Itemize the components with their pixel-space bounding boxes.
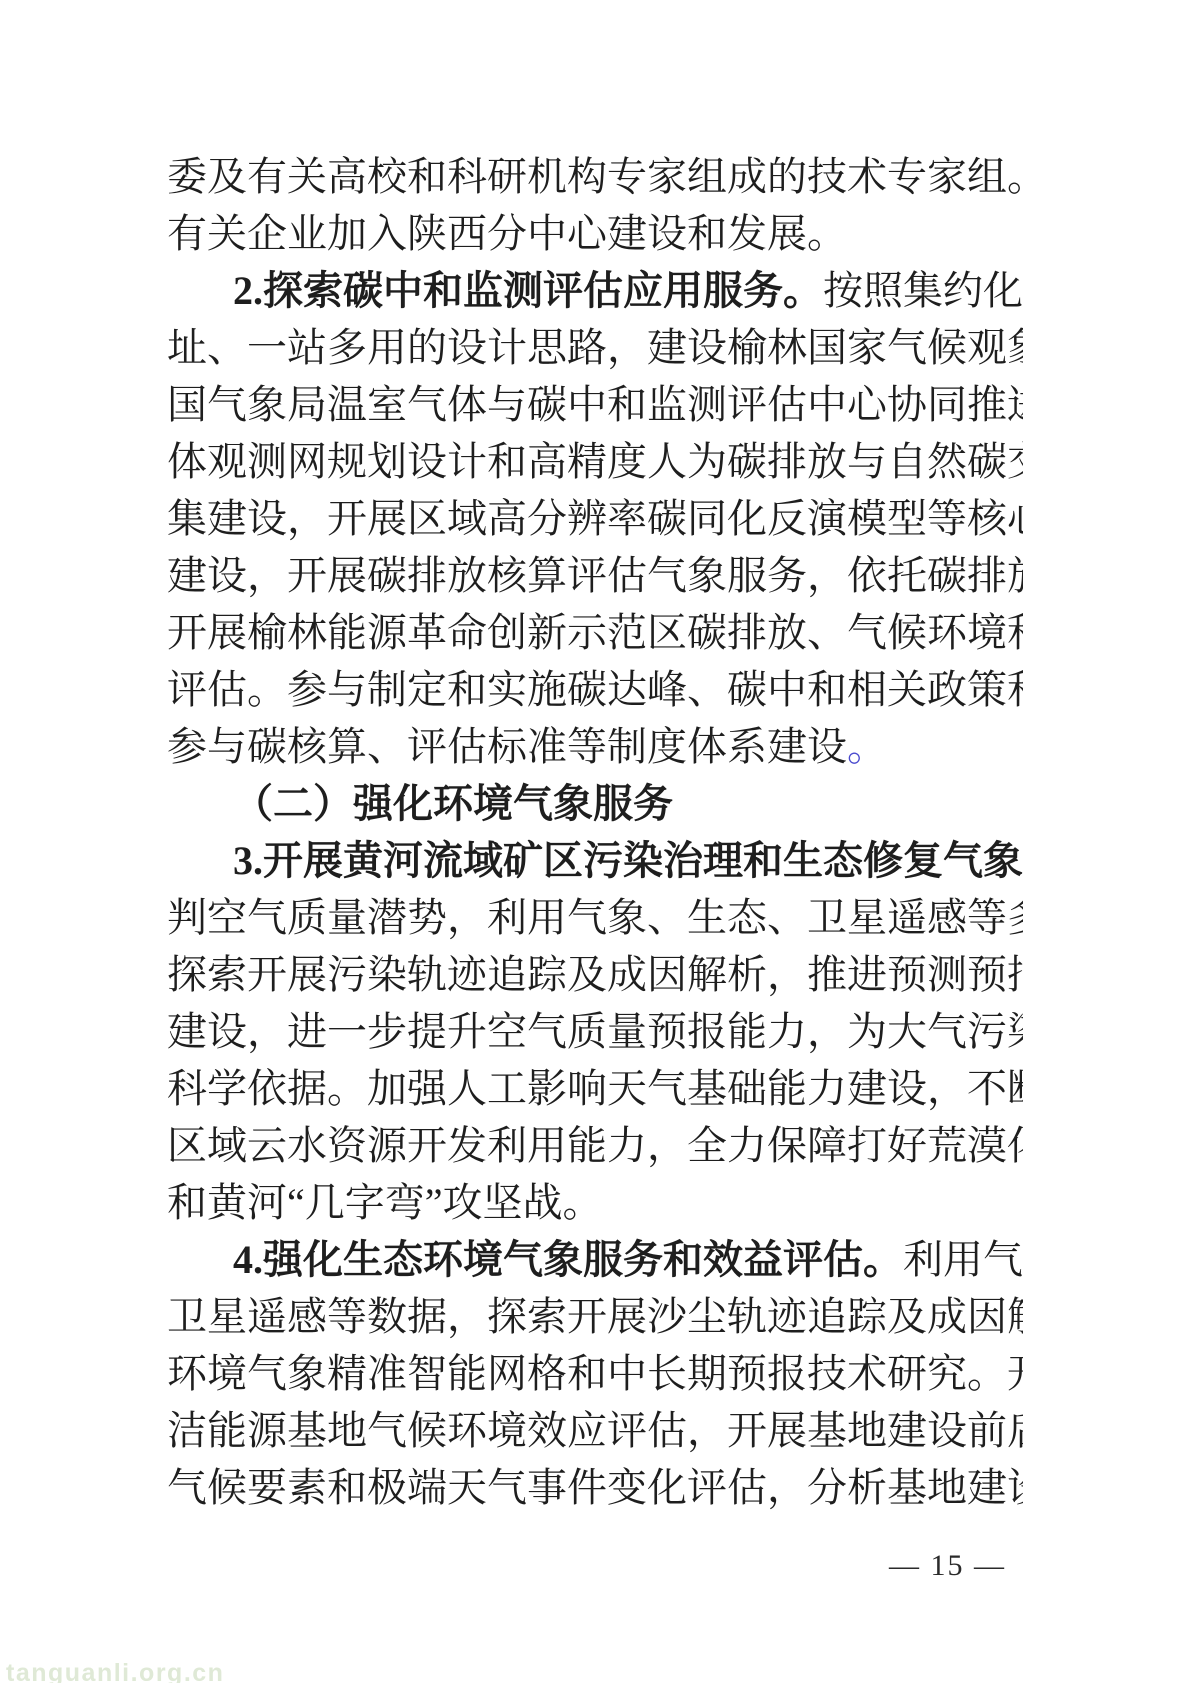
text-line: 参与碳核算、评估标准等制度体系建设。 [167, 718, 1023, 775]
text-line: 4.强化生态环境气象服务和效益评估。利用气象、生态、 [167, 1231, 1023, 1288]
text-segment: 气候要素和极端天气事件变化评估，分析基地建设对局地气 [167, 1465, 1023, 1510]
text-segment: 体观测网规划设计和高精度人为碳排放与自然碳交换数据 [167, 439, 1023, 484]
text-segment: 科学依据。加强人工影响天气基础能力建设，不断提高榆林 [167, 1066, 1023, 1111]
text-line: 洁能源基地气候环境效应评估，开展基地建设前后区域基本 [167, 1402, 1023, 1459]
text-segment: 建设，开展碳排放核算评估气象服务，依托碳排放核算评估 [167, 553, 1023, 598]
text-segment: 按照集约化和一站多 [823, 268, 1023, 313]
text-segment: 址、一站多用的设计思路，建设榆林国家气候观象台。与中 [167, 325, 1023, 370]
paragraph-lead: 2.探索碳中和监测评估应用服务。 [233, 268, 823, 313]
page-number: — 15 — [889, 1549, 1006, 1583]
text-line: 开展榆林能源革命创新示范区碳排放、气候环境和生态效应 [167, 604, 1023, 661]
text-line: 和黄河“几字弯”攻坚战。 [167, 1174, 1023, 1231]
text-line: 环境气象精准智能网格和中长期预报技术研究。开展榆林清 [167, 1345, 1023, 1402]
document-page: 委及有关高校和科研机构专家组成的技术专家组。积极吸纳 有关企业加入陕西分中心建设… [0, 0, 1190, 1683]
text-line: 评估。参与制定和实施碳达峰、碳中和相关政策和行动计划， [167, 661, 1023, 718]
text-line: 建设，开展碳排放核算评估气象服务，依托碳排放核算评估 [167, 547, 1023, 604]
text-line: 建设，进一步提升空气质量预报能力，为大气污染防治提供 [167, 1003, 1023, 1060]
text-segment: 卫星遥感等数据，探索开展沙尘轨迹追踪及成因解析，开展 [167, 1294, 1023, 1339]
text-segment: 参与碳核算、评估标准等制度体系建设 [167, 724, 847, 769]
text-segment: 国气象局温室气体与碳中和监测评估中心协同推进温室气 [167, 382, 1023, 427]
section-heading: （二）强化环境气象服务 [167, 775, 1023, 832]
text-segment: 有关企业加入陕西分中心建设和发展。 [167, 211, 847, 256]
text-segment: 集建设，开展区域高分辨率碳同化反演模型等核心业务能力 [167, 496, 1023, 541]
text-segment: 环境气象精准智能网格和中长期预报技术研究。开展榆林清 [167, 1351, 1023, 1396]
text-segment: 评估。参与制定和实施碳达峰、碳中和相关政策和行动计划， [167, 667, 1023, 712]
text-line: 区域云水资源开发利用能力，全力保障打好荒漠化综合防治 [167, 1117, 1023, 1174]
text-line: 委及有关高校和科研机构专家组成的技术专家组。积极吸纳 [167, 148, 1023, 205]
text-line: 体观测网规划设计和高精度人为碳排放与自然碳交换数据 [167, 433, 1023, 490]
text-segment: 区域云水资源开发利用能力，全力保障打好荒漠化综合防治 [167, 1123, 1023, 1168]
body-text-block: 委及有关高校和科研机构专家组成的技术专家组。积极吸纳 有关企业加入陕西分中心建设… [167, 148, 1023, 1516]
text-segment: 洁能源基地气候环境效应评估，开展基地建设前后区域基本 [167, 1408, 1023, 1453]
text-line: 2.探索碳中和监测评估应用服务。按照集约化和一站多 [167, 262, 1023, 319]
text-segment: 建设，进一步提升空气质量预报能力，为大气污染防治提供 [167, 1009, 1023, 1054]
text-line: 判空气质量潜势，利用气象、生态、卫星遥感等多元数据， [167, 889, 1023, 946]
text-line: 集建设，开展区域高分辨率碳同化反演模型等核心业务能力 [167, 490, 1023, 547]
paragraph-lead: 3.开展黄河流域矿区污染治理和生态修复气象服务。 [233, 838, 1023, 883]
text-line: 国气象局温室气体与碳中和监测评估中心协同推进温室气 [167, 376, 1023, 433]
text-segment: 判空气质量潜势，利用气象、生态、卫星遥感等多元数据， [167, 895, 1023, 940]
text-segment: 探索开展污染轨迹追踪及成因解析，推进预测预报预警体系 [167, 952, 1023, 997]
heading-text: （二）强化环境气象服务 [233, 781, 673, 826]
paragraph-lead: 4.强化生态环境气象服务和效益评估。 [233, 1237, 903, 1282]
text-line: 3.开展黄河流域矿区污染治理和生态修复气象服务。研 [167, 832, 1023, 889]
text-line: 址、一站多用的设计思路，建设榆林国家气候观象台。与中 [167, 319, 1023, 376]
text-line: 气候要素和极端天气事件变化评估，分析基地建设对局地气 [167, 1459, 1023, 1516]
text-segment: 和黄河“几字弯”攻坚战。 [167, 1180, 603, 1225]
text-segment: 委及有关高校和科研机构专家组成的技术专家组。积极吸纳 [167, 154, 1023, 199]
text-segment: 利用气象、生态、 [903, 1237, 1023, 1282]
text-line: 探索开展污染轨迹追踪及成因解析，推进预测预报预警体系 [167, 946, 1023, 1003]
text-line: 有关企业加入陕西分中心建设和发展。 [167, 205, 1023, 262]
text-line: 科学依据。加强人工影响天气基础能力建设，不断提高榆林 [167, 1060, 1023, 1117]
watermark: tanguanli.org.cn [6, 1659, 224, 1683]
text-segment: 开展榆林能源革命创新示范区碳排放、气候环境和生态效应 [167, 610, 1023, 655]
text-line: 卫星遥感等数据，探索开展沙尘轨迹追踪及成因解析，开展 [167, 1288, 1023, 1345]
blue-period: 。 [847, 724, 887, 769]
